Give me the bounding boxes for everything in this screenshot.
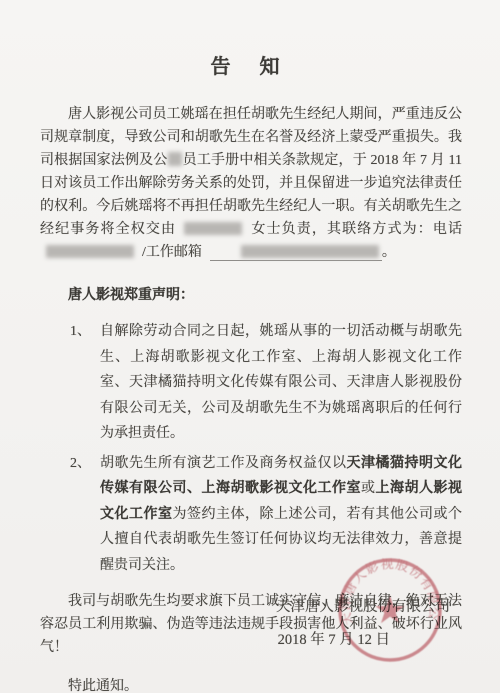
intro-text-3: 女士负责，其联络方式为： (250, 222, 433, 237)
item-2-body-1: 胡歌先生所有演艺工作及商务权益仅以 (100, 456, 347, 471)
intro-paragraph: 唐人影视公司员工姚瑶在担任胡歌先生经纪人期间，严重违反公司规章制度，导致公司和胡… (40, 103, 462, 264)
statement-item-2: 2、 胡歌先生所有演艺工作及商务权益仅以天津橘猫持明文化传媒有限公司、上海胡歌影… (40, 451, 462, 579)
document-title: 告 知 (40, 50, 462, 79)
item-2-body-2: 或 (361, 481, 376, 496)
signature-company-name: 天津唐人影视股份有限公司 (276, 596, 450, 619)
item-1-text: 自解除劳动合同之日起，姚瑶从事的一切活动概与胡歌先生、上海胡歌影视文化工作室、上… (100, 319, 462, 447)
redacted-email-underline (210, 245, 382, 261)
redacted-email-blur (241, 245, 379, 258)
phone-label: 电话 (433, 222, 462, 237)
redacted-manager-name-blur (184, 222, 242, 235)
redacted-phone-blur (46, 245, 134, 258)
item-1-body: 自解除劳动合同之日起，姚瑶从事的一切活动概与胡歌先生、上海胡歌影视文化工作室、上… (100, 324, 462, 441)
statement-list: 1、 自解除劳动合同之日起，姚瑶从事的一切活动概与胡歌先生、上海胡歌影视文化工作… (40, 319, 462, 578)
statement-heading: 唐人影视郑重声明： (40, 284, 462, 307)
statement-item-1: 1、 自解除劳动合同之日起，姚瑶从事的一切活动概与胡歌先生、上海胡歌影视文化工作… (40, 319, 462, 447)
signature-block: 天津唐人影视股份有限公司 2018 年 7 月 12 日 (276, 596, 450, 652)
item-2-marker: 2、 (70, 451, 100, 579)
email-label: /工作邮箱 (142, 245, 202, 260)
redacted-character-blur (168, 152, 182, 166)
notice-line: 特此通知。 (40, 675, 462, 693)
contact-period: 。 (382, 245, 396, 260)
item-1-marker: 1、 (70, 319, 100, 447)
item-2-text: 胡歌先生所有演艺工作及商务权益仅以天津橘猫持明文化传媒有限公司、上海胡歌影视文化… (100, 451, 462, 579)
signature-date: 2018 年 7 月 12 日 (276, 629, 390, 652)
notice-document-page: 告 知 唐人影视公司员工姚瑶在担任胡歌先生经纪人期间，严重违反公司规章制度，导致… (0, 0, 500, 693)
